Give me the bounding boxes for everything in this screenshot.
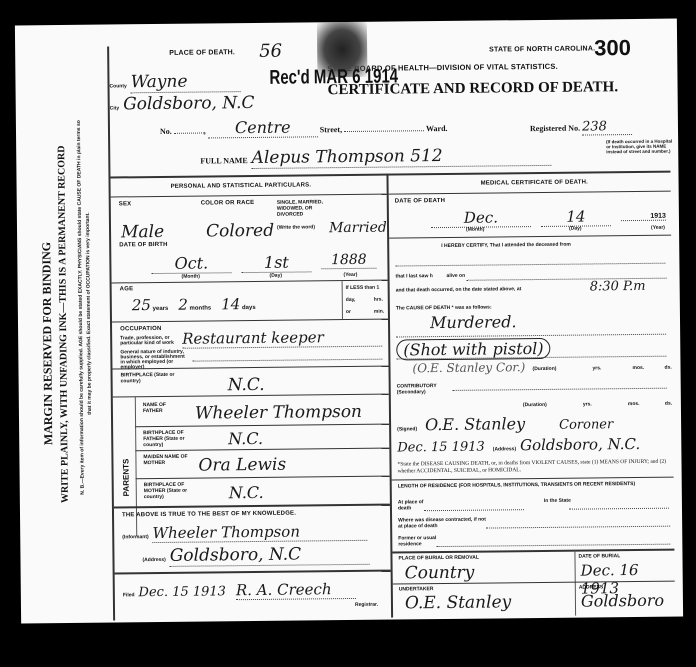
burial-date-label: DATE OF BURIAL (578, 553, 620, 559)
registered-row: Registered No. 238 (530, 119, 632, 136)
cause-duration-label: (Duration) (532, 366, 556, 372)
father-value: Wheeler Thompson (195, 402, 362, 424)
father-birthplace-label: BIRTHPLACE OF FATHER (State or country) (143, 430, 193, 449)
margin-binding-text: MARGIN RESERVED FOR BINDING (39, 242, 56, 445)
city-row: City Goldsboro, N.C (110, 92, 330, 114)
undertaker-value: O.E. Stanley (405, 592, 511, 613)
less-or-label: or (346, 309, 351, 315)
cause-ds-label: ds. (664, 365, 671, 371)
informant-row: (Informant) Wheeler Thompson (122, 522, 387, 544)
signed-date: Dec. 15 1913 (397, 440, 485, 456)
sex-label: SEX (119, 201, 132, 207)
certificate-number: 300 (594, 35, 631, 61)
age-days: 14 (221, 295, 240, 313)
marital-hint: (Write the word) (277, 224, 315, 230)
in-state-label: In the State (544, 498, 574, 504)
signed-label: (Signed) (397, 426, 417, 432)
registered-label: Registered No. (530, 124, 580, 134)
dob-year-caption: (Year) (343, 272, 357, 278)
true-statement: THE ABOVE IS TRUE TO THE BEST OF MY KNOW… (122, 511, 296, 519)
dod-month-caption: (Month) (466, 227, 484, 233)
undertaker-address-label: ADDRESS (579, 584, 604, 590)
race-value: Colored (206, 221, 274, 242)
dob-month-caption: (Month) (181, 274, 199, 280)
undertaker-address-value: Goldsboro (581, 591, 664, 611)
occupation-label: OCCUPATION (120, 326, 162, 332)
personal-section-title: PERSONAL AND STATISTICAL PARTICULARS. (171, 182, 312, 189)
cause-mos-label: mos. (632, 365, 644, 371)
address-row: No. , Centre Street, Ward. (160, 115, 540, 139)
contrib-mos-label: mos. (628, 401, 640, 407)
age-months-label: months (190, 305, 212, 311)
dod-month: Dec. (431, 208, 531, 228)
death-certificate: MARGIN RESERVED FOR BINDING WRITE PLAINL… (15, 19, 683, 624)
cause-yrs-label: yrs. (592, 365, 601, 371)
mother-birthplace-value: N.C. (229, 483, 264, 502)
contracted-label: Where was disease contracted, if not at … (398, 517, 488, 530)
undertaker-label: UNDERTAKER (399, 586, 434, 592)
age-row: 25 years 2 months 14 days (132, 294, 332, 314)
county-label: County (109, 83, 126, 89)
margin-note-2: that it may be properly classified. Exac… (85, 212, 93, 414)
mother-birthplace-label: BIRTHPLACE OF MOTHER (State or country) (144, 482, 194, 501)
med-address-row: Dec. 15 1913 (Address) Goldsboro, N.C. (397, 435, 673, 457)
parents-label: PARENTS (121, 459, 130, 497)
trade-label: Trade, profession, or particular kind of… (120, 336, 180, 347)
age-years-label: years (153, 306, 169, 312)
dod-day: 14 (541, 207, 611, 227)
street-value: Centre (208, 117, 318, 138)
full-name-row: FULL NAME Alepus Thompson 512 (200, 144, 600, 169)
mother-value: Ora Lewis (198, 455, 286, 476)
death-occurred-label: and that death occurred, on the date sta… (396, 286, 522, 293)
age-months: 2 (178, 296, 188, 314)
age-label: AGE (120, 286, 134, 292)
dob-day: 1st (241, 252, 311, 273)
birthplace-value: N.C. (228, 375, 265, 395)
ward-label: Ward. (426, 124, 448, 133)
dob-month: Oct. (151, 253, 231, 274)
dob-year: 1888 (321, 252, 376, 270)
county-value: Wayne (131, 71, 241, 93)
filed-date: Dec. 15 1913 (138, 584, 226, 600)
margin-number: 56 (259, 41, 282, 62)
form-body: PLACE OF DEATH. 56 STATE OF NORTH CAROLI… (107, 41, 677, 621)
contrib-yrs-label: yrs. (583, 401, 592, 407)
mother-label: MAIDEN NAME OF MOTHER (143, 454, 193, 467)
footnote: *State the DISEASE CAUSING DEATH, or, in… (397, 459, 669, 476)
signed-row: (Signed) O.E. Stanley Coroner (397, 413, 673, 436)
dod-year-caption: (Year) (651, 225, 665, 231)
sex-value: Male (121, 222, 164, 242)
street-label: Street, (320, 125, 342, 134)
contrib-duration-label: (Duration) (523, 402, 547, 408)
full-name-label: FULL NAME (200, 156, 247, 165)
dob-day-caption: (Day) (269, 273, 282, 279)
certify-text: I HEREBY CERTIFY, That I attended the de… (441, 242, 571, 249)
death-time: 8:30 P.m (590, 279, 646, 295)
informant-address-label: (Address) (142, 557, 165, 563)
no-label: No. (160, 127, 172, 136)
informant-address-row: (Address) Goldsboro, N.C (142, 544, 387, 568)
burial-place-label: PLACE OF BURIAL OR REMOVAL (398, 555, 478, 562)
contrib-ds-label: ds. (665, 401, 672, 407)
cause-value: Murdered. (430, 312, 517, 332)
filed-label: Filed (123, 592, 135, 598)
full-name-value: Alepus Thompson 512 (252, 145, 552, 169)
marital-label: SINGLE, MARRIED, WIDOWED, OR DIVORCED (277, 199, 327, 218)
med-address-label: (Address) (493, 446, 516, 452)
attended-dates-line (395, 255, 665, 267)
informant-address-value: Goldsboro, N.C (170, 544, 370, 567)
burial-place-value: Country (405, 563, 475, 584)
birthplace-label: BIRTHPLACE (State or country) (121, 372, 181, 385)
alive-on-label: alive on (447, 273, 466, 279)
marital-value: Married (329, 220, 387, 237)
state-name: STATE OF NORTH CAROLINA. (489, 45, 595, 53)
less-than-label: If LESS than 1 (346, 285, 380, 291)
binding-margin: MARGIN RESERVED FOR BINDING WRITE PLAINL… (15, 25, 111, 624)
medical-section-title: MEDICAL CERTIFICATE OF DEATH. (481, 179, 589, 186)
cause-signature-scribble: (O.E. Stanley Cor.) (412, 360, 525, 375)
dob-label: DATE OF BIRTH (119, 242, 168, 249)
cause-label: The CAUSE OF DEATH * was as follows: (396, 305, 492, 312)
registrar-name: R. A. Creech (236, 580, 356, 600)
registrar-label: Registrar. (355, 602, 378, 608)
father-birthplace-value: N.C. (228, 429, 263, 448)
place-of-death-label: PLACE OF DEATH. (169, 49, 235, 57)
received-stamp: Rec'd MAR 6 1914 (269, 65, 398, 89)
registered-number: 238 (582, 119, 632, 136)
signed-value: O.E. Stanley (425, 414, 525, 434)
contributory-label: CONTRIBUTORY (Secondary) (397, 383, 457, 396)
informant-value: Wheeler Thompson (153, 522, 368, 543)
city-value: Goldsboro, N.C (123, 93, 255, 114)
county-row: County Wayne (109, 71, 269, 94)
informant-label: (Informant) (122, 534, 148, 540)
med-address-value: Goldsboro, N.C. (520, 435, 640, 454)
residence-label: LENGTH OF RESIDENCE (FOR HOSPITALS, INST… (398, 481, 658, 490)
less-hrs-label: hrs. (374, 297, 383, 303)
father-label: NAME OF FATHER (143, 402, 183, 414)
former-residence-label: Former or usual residence (398, 535, 438, 547)
trade-value: Restaurant keeper (182, 328, 382, 349)
last-saw-label: that I last saw h (396, 273, 433, 279)
signed-title: Coroner (559, 417, 613, 433)
margin-note-1: N. B.—Every item of information should b… (76, 120, 86, 495)
less-day-label: day, (346, 297, 356, 303)
dod-day-caption: (Day) (569, 226, 582, 232)
race-label: COLOR OR RACE (201, 200, 255, 207)
dod-year: 1913 (621, 213, 666, 221)
less-min-label: min. (374, 309, 384, 315)
age-days-label: days (242, 305, 256, 311)
hospital-note: (If death occurred in a Hospital or Inst… (606, 139, 672, 155)
age-years: 25 (132, 296, 151, 314)
filed-row: Filed Dec. 15 1913 R. A. Creech (123, 580, 388, 602)
city-label: City (110, 105, 120, 111)
margin-write-text: WRITE PLAINLY, WITH UNFADING INK—THIS IS… (56, 146, 71, 503)
dod-label: DATE OF DEATH (395, 198, 445, 205)
